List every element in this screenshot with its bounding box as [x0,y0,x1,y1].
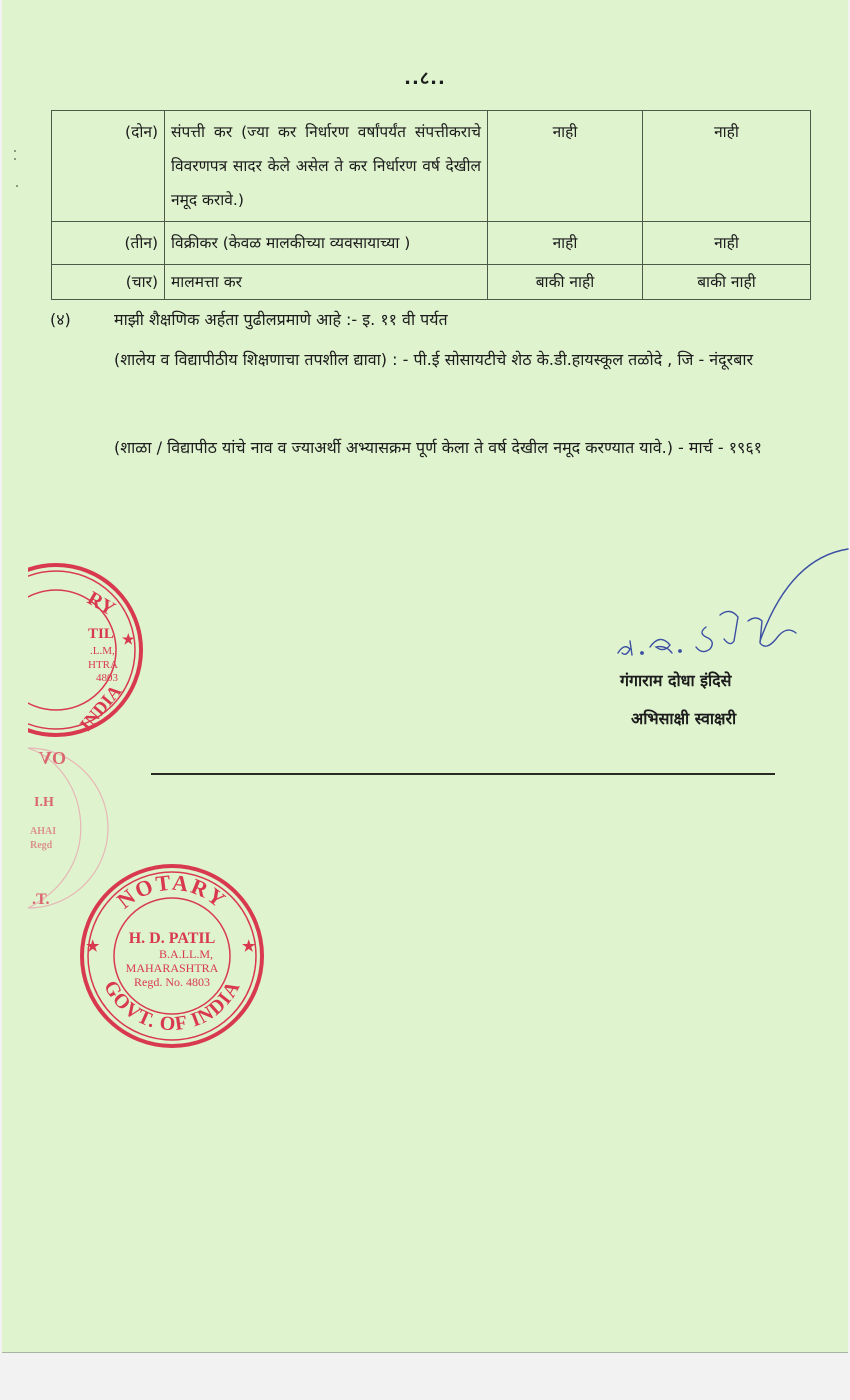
row-description: विक्रीकर (केवळ मालकीच्या व्यवसायाच्या ) [165,222,488,265]
svg-text:★: ★ [122,632,135,648]
svg-text:Regd. No. 4803: Regd. No. 4803 [134,975,210,989]
row-number: (तीन) [52,222,165,265]
svg-text:MAHARASHTRA: MAHARASHTRA [126,961,219,975]
table-row: (चार) मालमत्ता कर बाकी नाही बाकी नाही [52,265,811,300]
row-value-2: बाकी नाही [643,265,811,300]
table-row: (दोन) संपत्ती कर (ज्या कर निर्धारण वर्षा… [52,111,811,222]
education-qualification: माझी शैक्षणिक अर्हता पुढीलप्रमाणे आहे :-… [114,308,448,330]
svg-text:I.H: I.H [34,795,54,810]
svg-text:B.A.LL.M,: B.A.LL.M, [159,947,213,961]
row-number: (दोन) [52,111,165,222]
svg-text:.L.M,: .L.M, [90,645,115,657]
row-value-1: नाही [488,111,643,222]
table-row: (तीन) विक्रीकर (केवळ मालकीच्या व्यवसायाच… [52,222,811,265]
section-label: (४) [50,308,71,330]
svg-text:4803: 4803 [96,672,119,684]
svg-text:RY: RY [84,587,120,620]
education-completion-year: (शाळा / विद्यापीठ यांचे नाव व ज्याअर्थी … [114,428,790,468]
signer-role: अभिसाक्षी स्वाक्षरी [631,707,736,729]
tax-status-table: (दोन) संपत्ती कर (ज्या कर निर्धारण वर्षा… [51,110,811,300]
page-number: ..८.. [0,66,850,90]
svg-text:OV: OV [39,748,66,768]
row-value-1: बाकी नाही [488,265,643,300]
notary-stamp-partial: RY ★ INDIA TIL .L.M, HTRA 4803 [28,550,148,745]
row-value-1: नाही [488,222,643,265]
signer-name: गंगाराम दोधा इंदिसे [620,669,732,691]
svg-text:TIL: TIL [88,626,114,642]
row-description: मालमत्ता कर [165,265,488,300]
svg-text:AHAI: AHAI [30,826,56,837]
education-school-details: (शालेय व विद्यापीठीय शिक्षणाचा तपशील द्य… [114,340,790,380]
svg-text:.T.: .T. [32,891,49,908]
row-number: (चार) [52,265,165,300]
row-value-2: नाही [643,222,811,265]
punch-mark [14,158,16,160]
punch-mark [14,150,16,152]
svg-text:HTRA: HTRA [88,659,118,671]
svg-text:Regd: Regd [30,840,53,851]
divider-line [151,773,775,775]
handwritten-signature [610,545,850,675]
row-description: संपत्ती कर (ज्या कर निर्धारण वर्षांपर्यं… [165,111,488,222]
svg-text:★: ★ [86,939,100,955]
notary-stamp: NOTARY GOVT. OF INDIA ★ ★ H. D. PATIL B.… [76,860,268,1052]
svg-text:H. D. PATIL: H. D. PATIL [129,930,216,947]
punch-mark [16,185,18,187]
row-value-2: नाही [643,111,811,222]
svg-text:★: ★ [242,939,256,955]
